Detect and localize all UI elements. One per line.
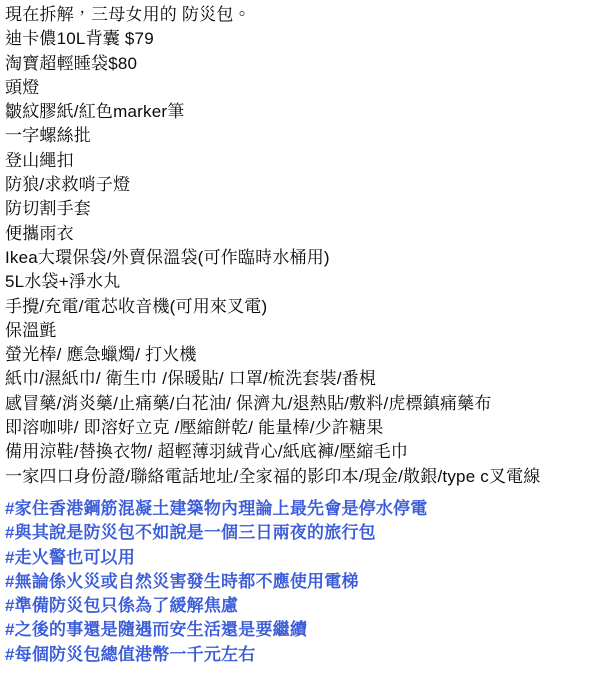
list-item: 皺紋膠紙/紅色marker筆 [5, 100, 594, 124]
list-item: 即溶咖啡/ 即溶好立克 /壓縮餅乾/ 能量棒/少許糖果 [5, 416, 594, 440]
list-item: 保溫氈 [5, 319, 594, 343]
list-item: 登山繩扣 [5, 149, 594, 173]
list-item: 備用涼鞋/替換衣物/ 超輕薄羽絨背心/紙底褲/壓縮毛巾 [5, 440, 594, 464]
list-item: 一字螺絲批 [5, 124, 594, 148]
hashtag-link[interactable]: #無論係火災或自然災害發生時都不應使用電梯 [5, 570, 594, 594]
list-item: 防切割手套 [5, 197, 594, 221]
list-item: 手攪/充電/電芯收音機(可用來叉電) [5, 295, 594, 319]
hashtag-link[interactable]: #之後的事還是隨遇而安生活還是要繼續 [5, 618, 594, 642]
supply-item-list: 現在拆解，三母女用的 防災包。 迪卡儂10L背囊 $79 淘寶超輕睡袋$80 頭… [5, 3, 594, 489]
list-item: 紙巾/濕紙巾/ 衛生巾 /保暖貼/ 口罩/梳洗套裝/番梘 [5, 367, 594, 391]
list-item: 迪卡儂10L背囊 $79 [5, 27, 594, 51]
hashtag-link[interactable]: #每個防災包總值港幣一千元左右 [5, 643, 594, 667]
list-item: 一家四口身份證/聯絡電話地址/全家福的影印本/現金/散銀/type c叉電線 [5, 465, 594, 489]
list-item: 螢光棒/ 應急蠟燭/ 打火機 [5, 343, 594, 367]
list-item: 頭燈 [5, 76, 594, 100]
hashtag-link[interactable]: #準備防災包只係為了緩解焦慮 [5, 594, 594, 618]
list-item: 感冒藥/消炎藥/止痛藥/白花油/ 保濟丸/退熱貼/敷料/虎標鎮痛藥布 [5, 392, 594, 416]
hashtag-link[interactable]: #與其說是防災包不如說是一個三日兩夜的旅行包 [5, 521, 594, 545]
hashtag-link[interactable]: #走火警也可以用 [5, 546, 594, 570]
hashtag-block: #家住香港鋼筋混凝土建築物內理論上最先會是停水停電 #與其說是防災包不如說是一個… [5, 497, 594, 667]
hashtag-link[interactable]: #家住香港鋼筋混凝土建築物內理論上最先會是停水停電 [5, 497, 594, 521]
list-item: 防狼/求救哨子燈 [5, 173, 594, 197]
list-item: 便攜雨衣 [5, 222, 594, 246]
list-item: Ikea大環保袋/外賣保溫袋(可作臨時水桶用) [5, 246, 594, 270]
post-intro-line: 現在拆解，三母女用的 防災包。 [5, 3, 594, 27]
list-item: 5L水袋+淨水丸 [5, 270, 594, 294]
list-item: 淘寶超輕睡袋$80 [5, 52, 594, 76]
post-body: 現在拆解，三母女用的 防災包。 迪卡儂10L背囊 $79 淘寶超輕睡袋$80 頭… [0, 0, 600, 682]
